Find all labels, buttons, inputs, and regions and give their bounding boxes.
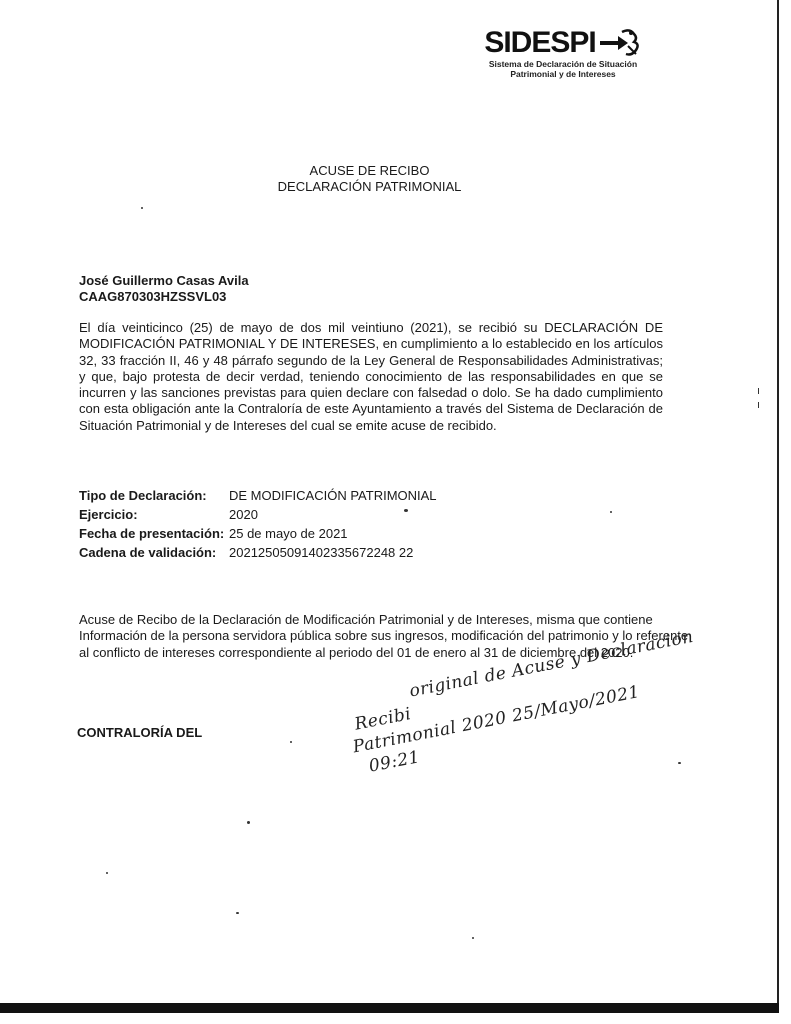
title-line-2: DECLARACIÓN PATRIMONIAL <box>0 179 739 195</box>
detail-value: 25 de mayo de 2021 <box>229 524 348 543</box>
signature-label: CONTRALORÍA DEL <box>77 725 202 740</box>
sidespi-logo: SIDESPI Sistema de Declaración de Situac… <box>468 28 658 79</box>
detail-label: Ejercicio: <box>79 505 229 524</box>
detail-row-tipo: Tipo de Declaración: DE MODIFICACIÓN PAT… <box>79 486 437 505</box>
body-paragraph: El día veinticinco (25) de mayo de dos m… <box>79 320 663 434</box>
detail-value: 2020 <box>229 505 258 524</box>
detail-row-cadena: Cadena de validación: 202125050914023356… <box>79 543 437 562</box>
detail-label: Cadena de validación: <box>79 543 229 562</box>
recipient-block: José Guillermo Casas Avila CAAG870303HZS… <box>79 273 249 305</box>
recipient-name: José Guillermo Casas Avila <box>79 273 249 289</box>
arrow-hand-icon <box>598 28 642 58</box>
scan-speck <box>247 821 250 824</box>
title-line-1: ACUSE DE RECIBO <box>0 163 739 179</box>
declaration-details: Tipo de Declaración: DE MODIFICACIÓN PAT… <box>79 486 437 562</box>
document-title: ACUSE DE RECIBO DECLARACIÓN PATRIMONIAL <box>0 163 739 195</box>
scan-speck <box>106 872 108 874</box>
scan-speck <box>610 511 612 513</box>
detail-label: Tipo de Declaración: <box>79 486 229 505</box>
scan-edge-right <box>777 0 779 1013</box>
scan-speck <box>141 207 143 209</box>
detail-label: Fecha de presentación: <box>79 524 229 543</box>
scan-speck <box>758 388 759 394</box>
logo-wordmark: SIDESPI <box>484 28 595 58</box>
scan-edge-bottom <box>0 1003 779 1013</box>
recipient-rfc: CAAG870303HZSSVL03 <box>79 289 249 305</box>
detail-row-fecha: Fecha de presentación: 25 de mayo de 202… <box>79 524 437 543</box>
document-page: SIDESPI Sistema de Declaración de Situac… <box>0 0 791 1024</box>
scan-speck <box>758 402 759 408</box>
scan-speck <box>472 937 474 939</box>
scan-speck <box>236 912 239 914</box>
detail-value: DE MODIFICACIÓN PATRIMONIAL <box>229 486 437 505</box>
detail-value: 20212505091402335672248 22 <box>229 543 413 562</box>
detail-row-ejercicio: Ejercicio: 2020 <box>79 505 437 524</box>
logo-subtitle: Sistema de Declaración de Situación Patr… <box>468 59 658 79</box>
scan-speck <box>404 509 408 512</box>
scan-speck <box>678 762 681 764</box>
scan-speck <box>290 741 292 743</box>
